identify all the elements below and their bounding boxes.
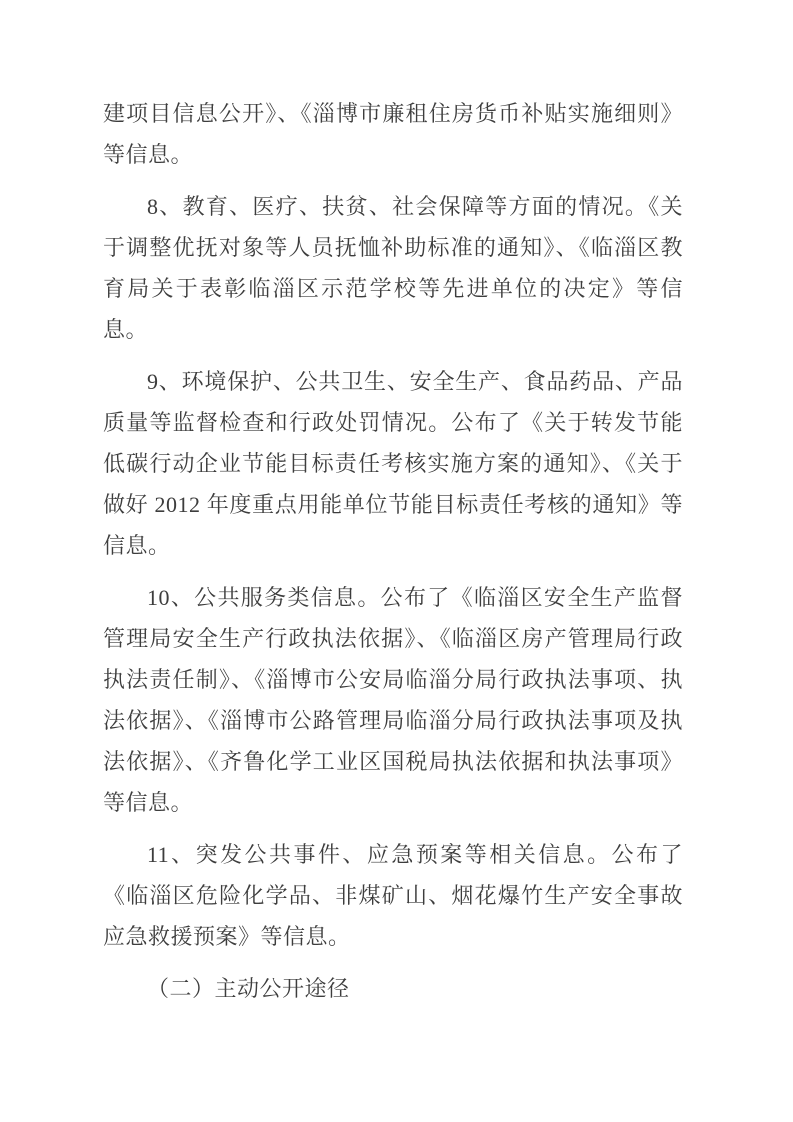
- section-heading-active-disclosure-channels: （二）主动公开途径: [103, 968, 683, 1009]
- paragraph-continuation: 建项目信息公开》、《淄博市廉租住房货币补贴实施细则》等信息。: [103, 93, 683, 175]
- document-page: 建项目信息公开》、《淄博市廉租住房货币补贴实施细则》等信息。 8、教育、医疗、扶…: [0, 0, 793, 1122]
- paragraph-item-10: 10、公共服务类信息。公布了《临淄区安全生产监督管理局安全生产行政执法依据》、《…: [103, 577, 683, 823]
- paragraph-item-11: 11、突发公共事件、应急预案等相关信息。公布了《临淄区危险化学品、非煤矿山、烟花…: [103, 834, 683, 957]
- paragraph-item-8: 8、教育、医疗、扶贫、社会保障等方面的情况。《关于调整优抚对象等人员抚恤补助标准…: [103, 186, 683, 350]
- paragraph-item-9: 9、环境保护、公共卫生、安全生产、食品药品、产品质量等监督检查和行政处罚情况。公…: [103, 361, 683, 566]
